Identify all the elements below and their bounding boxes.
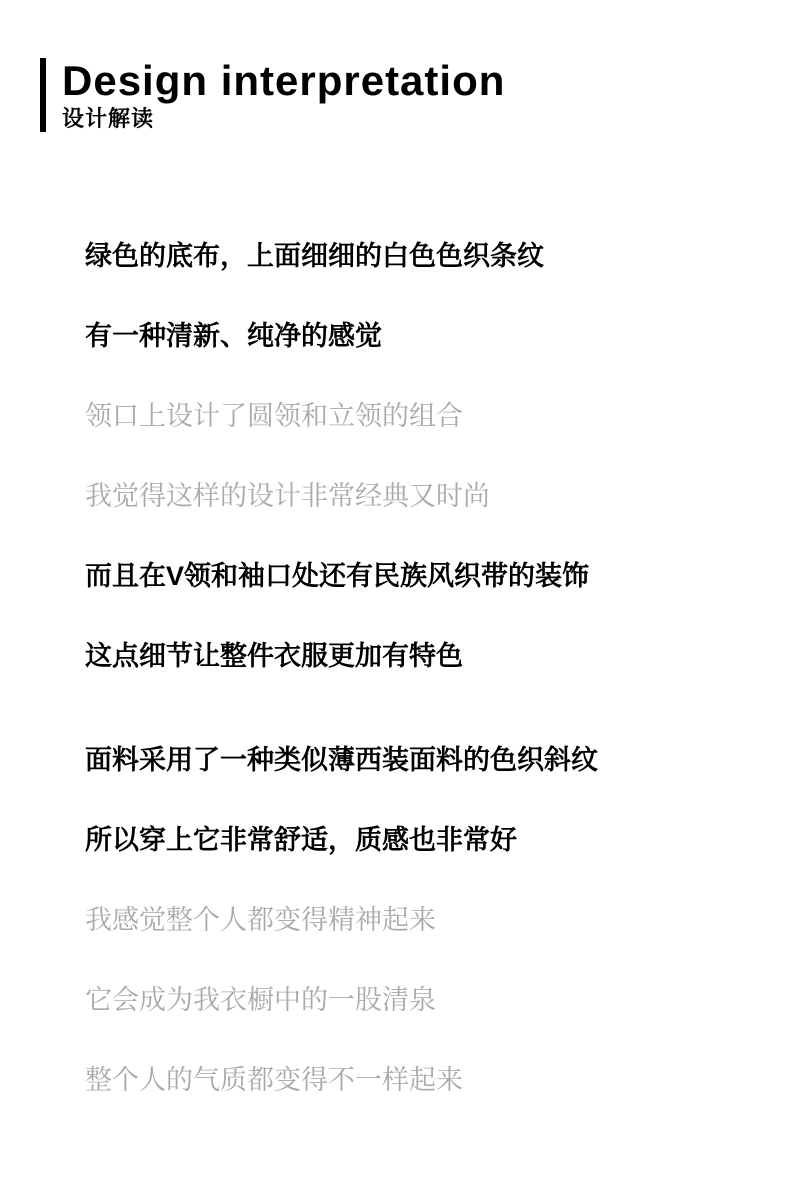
text-line: 它会成为我衣橱中的一股清泉 — [85, 987, 790, 1014]
text-line: 有一种清新、纯净的感觉 — [85, 323, 790, 350]
paragraph-2: 面料采用了一种类似薄西装面料的色织斜纹 所以穿上它非常舒适，质感也非常好 我感觉… — [85, 747, 790, 1094]
text-line: 领口上设计了圆领和立领的组合 — [85, 403, 790, 430]
body-text: 绿色的底布，上面细细的白色色织条纹 有一种清新、纯净的感觉 领口上设计了圆领和立… — [85, 243, 790, 1094]
text-line: 所以穿上它非常舒适，质感也非常好 — [85, 827, 790, 854]
page-subtitle: 设计解读 — [62, 106, 505, 132]
text-line: 我觉得这样的设计非常经典又时尚 — [85, 483, 790, 510]
title-block: Design interpretation 设计解读 — [62, 58, 505, 132]
header: Design interpretation 设计解读 — [40, 58, 790, 132]
paragraph-1: 绿色的底布，上面细细的白色色织条纹 有一种清新、纯净的感觉 领口上设计了圆领和立… — [85, 243, 790, 670]
text-line: 整个人的气质都变得不一样起来 — [85, 1067, 790, 1094]
text-line: 这点细节让整件衣服更加有特色 — [85, 643, 790, 670]
text-line: 而且在V领和袖口处还有民族风织带的装饰 — [85, 563, 790, 590]
design-interpretation-page: Design interpretation 设计解读 绿色的底布，上面细细的白色… — [0, 0, 790, 1198]
text-line: 我感觉整个人都变得精神起来 — [85, 907, 790, 934]
text-line: 绿色的底布，上面细细的白色色织条纹 — [85, 243, 790, 270]
text-line: 面料采用了一种类似薄西装面料的色织斜纹 — [85, 747, 790, 774]
title-accent-bar — [40, 58, 46, 132]
page-title: Design interpretation — [62, 58, 505, 104]
